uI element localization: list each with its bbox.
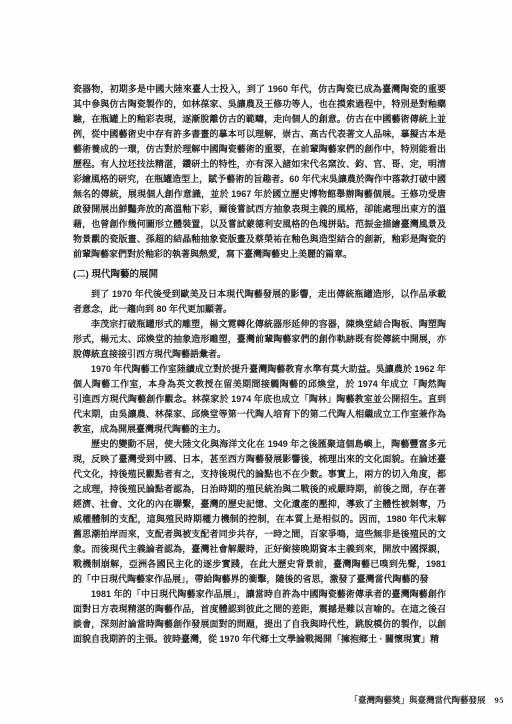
body-line: 面貌自我期許的主張。彼時臺灣，從 1970 年代鄉土文學論戰揭開「擁抱鄉土 · …: [73, 632, 446, 647]
document-body: 瓷器物，初期多是中國大陸來臺人士投入，到了 1960 年代，仿古陶瓷已成為臺灣陶…: [73, 82, 446, 647]
body-paragraph: 李茂宗打破瓶罐形式的雕塑，楊文霓轉化傳統器形延伸的容器，陳煥堂結合陶板、陶塑陶雕…: [73, 317, 446, 362]
body-line: 1970 年代陶藝工作室陸續成立對於提升臺灣陶藝教育水準有莫大助益。吳讓農於 1…: [73, 362, 446, 377]
body-line: 瓷器物，初期多是中國大陸來臺人士投入，到了 1960 年代，仿古陶瓷已成為臺灣陶…: [73, 82, 446, 97]
body-line: 李茂宗打破瓶罐形式的雕塑，楊文霓轉化傳統器形延伸的容器，陳煥堂結合陶板、陶塑陶雕…: [73, 317, 446, 332]
body-line: 者意念，此一趨向到 80 年代更加顯著。: [73, 302, 446, 317]
body-line: 戰機制崩解，亞洲各國民主化的逐步實踐，在此大歷史背景前，臺灣陶藝已嗅到先聲，19…: [73, 557, 446, 572]
body-line: 到了 1970 年代後受到歐美及日本現代陶藝發展的影響，走出傳統瓶罐造形，以作品…: [73, 287, 446, 302]
body-line: 啟發開展出鮮豔奔放的高溫釉下彩，爾後嘗試西方抽象表現主義的風格，卻能處理出東方的…: [73, 202, 446, 217]
footer-running-title: 「臺灣陶藝獎」與臺灣當代陶藝發展: [349, 695, 485, 705]
body-line: 歷程。有人拉坯技法精湛，鑽研土的特性，亦有深入諸如宋代名窯汝、鈞、官、哥、定，明…: [73, 157, 446, 172]
footer-page-number: 95: [495, 695, 505, 705]
body-line: 舊思潮拍岸而來，支配者與被支配者同步共存，一時之間，百家爭鳴，這些無非是後殖民的…: [73, 527, 446, 542]
body-paragraph: 歷史的變動不居，使大陸文化與海洋文化在 1949 年之後匯聚這個島嶼上，陶藝豐富…: [73, 437, 446, 587]
body-line: 現，反映了臺灣受到中國、日本，甚至西方陶藝發展影響後，梳理出來的文化面貌。在論述…: [73, 452, 446, 467]
body-line: 彩繪風格的研究，在瓶罐造型上，賦予藝術的旨趣者。60 年代末吳讓農於陶作中落款打…: [73, 172, 446, 187]
footer: 「臺灣陶藝獎」與臺灣當代陶藝發展95: [349, 694, 504, 706]
body-paragraph: 1970 年代陶藝工作室陸續成立對於提升臺灣陶藝教育水準有莫大助益。吳讓農於 1…: [73, 362, 446, 437]
body-paragraph: 瓷器物，初期多是中國大陸來臺人士投入，到了 1960 年代，仿古陶瓷已成為臺灣陶…: [73, 82, 446, 262]
body-paragraph: 1981 年的「中日現代陶藝家作品展」，讓當時自許為中國陶瓷藝術傳承者的臺灣陶藝…: [73, 587, 446, 647]
body-line: 之成理，持後殖民論點者認為，日治時期的殖民統治與二戰後的戒嚴時期，前後之間，存在…: [73, 482, 446, 497]
body-line: 例，從中國藝術史中存有許多書畫的摹本可以理解，崇古、高古代表著文人品味，摹擬古本…: [73, 127, 446, 142]
body-line: 談會，深刻討論當時陶藝創作發展面對的問題，提出了自我與時代性，跳脫模仿的製作，以…: [73, 617, 446, 632]
body-line: 引進西方現代陶藝創作觀念。林葆家於 1974 年底也成立「陶林」陶藝教室並公開招…: [73, 392, 446, 407]
body-line: 的「中日現代陶藝家作品展」，帶給陶藝界的衝擊，隨後的省思，激發了臺灣當代陶藝的發…: [73, 572, 446, 587]
body-line: 前輩陶藝家們對於釉彩的執著與熱愛，寫下臺灣陶藝史上美麗的篇章。: [73, 247, 446, 262]
book-page: 瓷器物，初期多是中國大陸來臺人士投入，到了 1960 年代，仿古陶瓷已成為臺灣陶…: [0, 0, 512, 724]
body-line: 脫傳統直接接引西方現代陶藝語彙者。: [73, 347, 446, 362]
body-line: 藝術養成的一環，仿古對於理解中國陶瓷藝術的重要，在前輩陶藝家們的創作中，特別能看…: [73, 142, 446, 157]
body-line: 象。而後現代主義論者認為，臺灣社會解嚴時，正好銜接晚期資本主義到來，開放中國探親…: [73, 542, 446, 557]
body-line: 歷史的變動不居，使大陸文化與海洋文化在 1949 年之後匯聚這個島嶼上，陶藝豐富…: [73, 437, 446, 452]
body-line: 形式，楊元太、邱煥堂的抽象造形雕塑，臺灣前輩陶藝家們的創作軌跡既有從傳統中開展，…: [73, 332, 446, 347]
body-line: 驗，在瓶罐上的釉彩表現，逐漸脫離仿古的範疇，走向個人的創意。仿古在中國藝術傳統上…: [73, 112, 446, 127]
body-line: 其中參與仿古陶瓷製作的，如林葆家、吳讓農及王修功等人，也在摸索過程中，特別是對釉…: [73, 97, 446, 112]
body-line: 代末期，由吳讓農、林葆家、邱煥堂等第一代陶人培育下的第二代陶人相繼成立工作室兼作…: [73, 407, 446, 422]
body-line: 個人陶藝工作室，本身為英文教授在留美期間接觸陶藝的邱煥堂，於 1974 年成立「…: [73, 377, 446, 392]
body-line: 面對日方表現精湛的陶藝作品，首度體認到彼此之間的差距，震撼是難以言喻的。在這之後…: [73, 602, 446, 617]
body-line: 代文化，持後殖民觀點者有之，支持後現代的論點也不在少數。事實上，兩方的切入角度，…: [73, 467, 446, 482]
body-paragraph: 到了 1970 年代後受到歐美及日本現代陶藝發展的影響，走出傳統瓶罐造形，以作品…: [73, 287, 446, 317]
body-line: 威權體制的支配，這與殖民時期權力機制的控制，在本質上是相似的。因而，1980 年…: [73, 512, 446, 527]
body-line: 無名的傳統，展現個人創作意識，並於 1967 年於國立歷史博物館舉辦陶藝個展。王…: [73, 187, 446, 202]
section-heading: (二) 現代陶藝的展開: [73, 267, 446, 282]
body-line: 經濟、社會、文化的內在聯繫，臺灣的歷史記憶、文化遺產的壓抑，導致了主體性被剝奪，…: [73, 497, 446, 512]
body-line: 1981 年的「中日現代陶藝家作品展」，讓當時自許為中國陶瓷藝術傳承者的臺灣陶藝…: [73, 587, 446, 602]
body-line: 物景觀的瓷版畫、孫超的結晶釉抽象瓷版畫及蔡榮祐在釉色與造型結合的創新，釉彩是陶瓷…: [73, 232, 446, 247]
body-line: 藉，也曾創作幾何圖形立體裝置，以及嘗試蒙德利安風格的色塊拼貼。范振金描繪臺灣風景…: [73, 217, 446, 232]
body-line: 教室，成為開展臺灣現代陶藝的主力。: [73, 422, 446, 437]
